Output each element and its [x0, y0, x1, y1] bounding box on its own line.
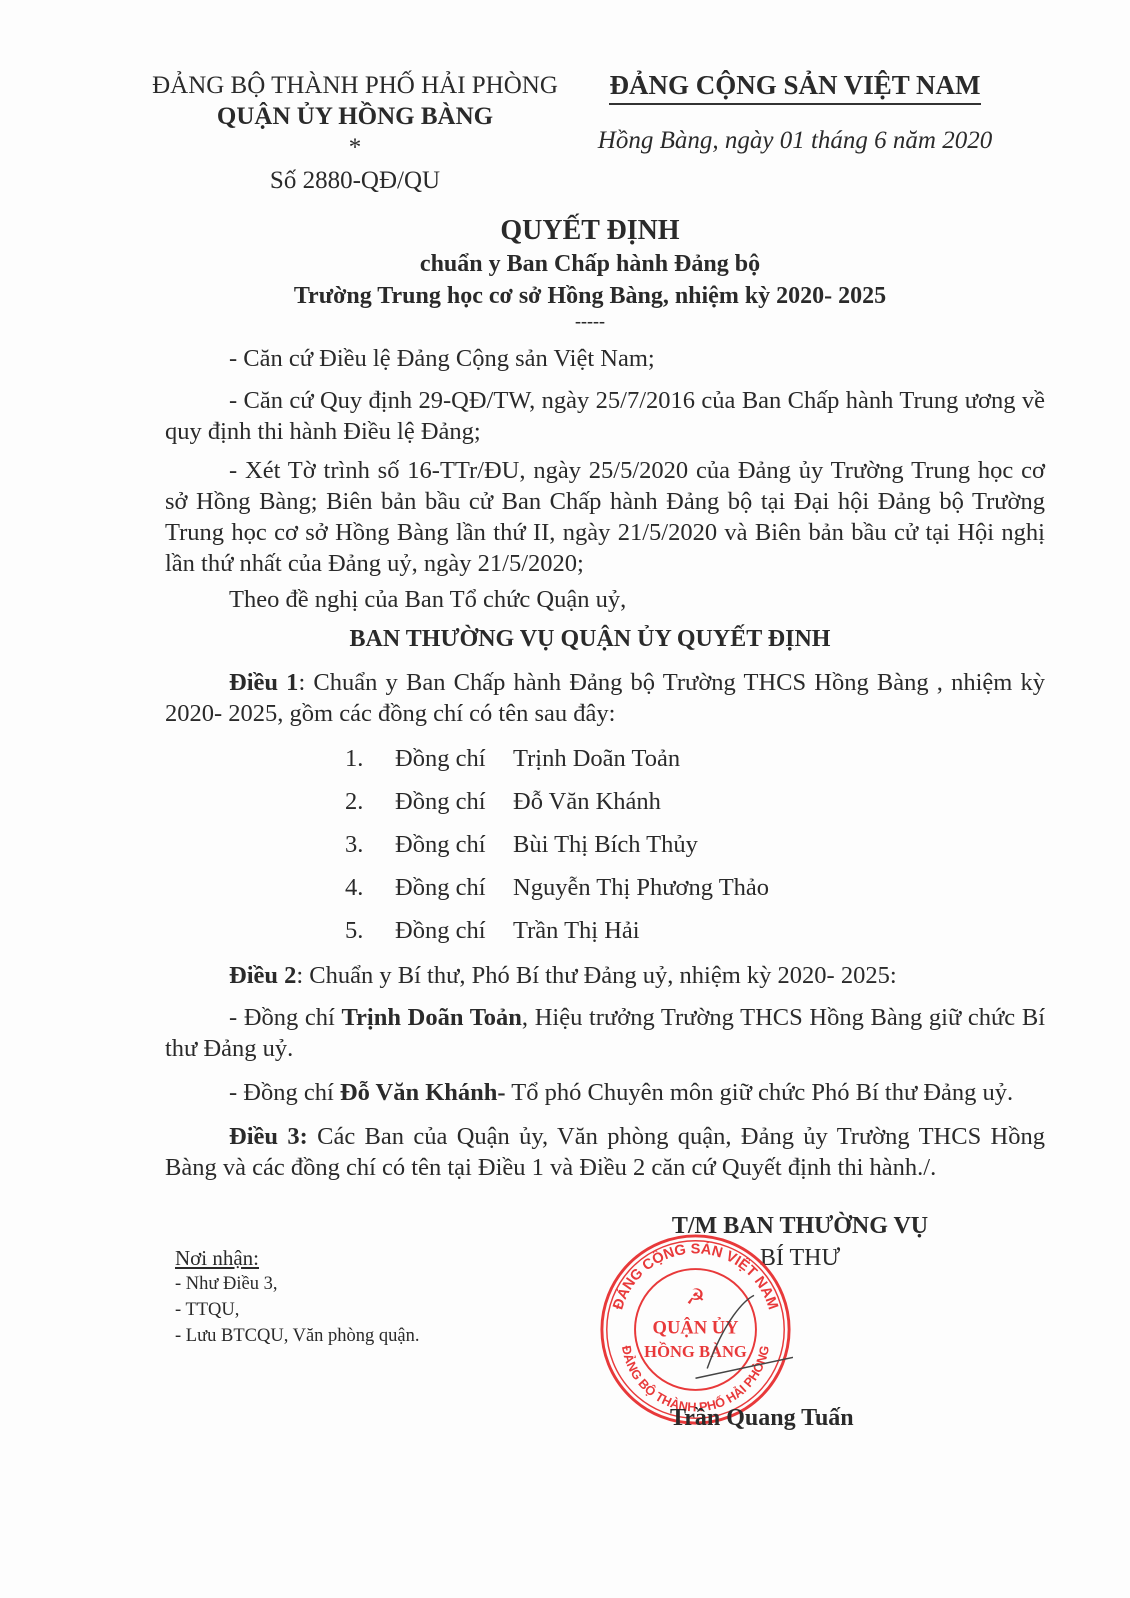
member-name: Bùi Thị Bích Thủy — [513, 831, 698, 858]
recipients-title: Nơi nhận: — [175, 1245, 420, 1271]
article-2-item-2: - Đồng chí Đỗ Văn Khánh- Tổ phó Chuyên m… — [165, 1077, 1045, 1108]
article-1-label: Điều 1 — [229, 669, 298, 696]
member-row: 3.Đồng chíBùi Thị Bích Thủy — [345, 831, 698, 859]
preamble-4: Theo đề nghị của Ban Tổ chức Quận uỷ, — [165, 584, 1045, 615]
article-3-label: Điều 3: — [229, 1123, 308, 1150]
member-row: 5.Đồng chíTrần Thị Hải — [345, 917, 640, 945]
issuing-organization: ĐẢNG BỘ THÀNH PHỐ HẢI PHÒNG QUẬN ỦY HỒNG… — [130, 70, 580, 196]
member-row: 4.Đồng chíNguyễn Thị Phương Thảo — [345, 874, 769, 902]
member-row: 1.Đồng chíTrịnh Doãn Toản — [345, 745, 680, 773]
doc-number: Số 2880-QĐ/QU — [130, 165, 580, 196]
preamble-1: - Căn cứ Điều lệ Đảng Cộng sản Việt Nam; — [165, 343, 1045, 374]
title-main: QUYẾT ĐỊNH — [150, 214, 1030, 248]
article-2: Điều 2: Chuẩn y Bí thư, Phó Bí thư Đảng … — [165, 960, 1045, 991]
title-line-2: Trường Trung học cơ sở Hồng Bàng, nhiệm … — [150, 280, 1030, 312]
svg-text:☭: ☭ — [686, 1285, 705, 1309]
star: * — [130, 132, 580, 163]
separator: ----- — [150, 312, 1030, 330]
member-row: 2.Đồng chíĐỗ Văn Khánh — [345, 788, 661, 816]
party-name: ĐẢNG CỘNG SẢN VIỆT NAM — [609, 70, 980, 105]
article-3: Điều 3: Các Ban của Quận ủy, Văn phòng q… — [165, 1121, 1045, 1183]
member-name: Nguyễn Thị Phương Thảo — [513, 874, 769, 901]
document-title: QUYẾT ĐỊNH chuẩn y Ban Chấp hành Đảng bộ… — [150, 214, 1030, 330]
official-stamp-icon: ĐẢNG CỘNG SẢN VIỆT NAM ĐẢNG BỘ THÀNH PHỐ… — [598, 1232, 793, 1427]
member-name: Trịnh Doãn Toản — [513, 745, 680, 772]
place-date: Hồng Bàng, ngày 01 tháng 6 năm 2020 — [585, 127, 1005, 155]
title-line-1: chuẩn y Ban Chấp hành Đảng bộ — [150, 248, 1030, 280]
preamble-2: - Căn cứ Quy định 29-QĐ/TW, ngày 25/7/20… — [165, 385, 1045, 447]
decision-heading: BAN THƯỜNG VỤ QUẬN ỦY QUYẾT ĐỊNH — [150, 626, 1030, 653]
article-2-item-1: - Đồng chí Trịnh Doãn Toản, Hiệu trưởng … — [165, 1002, 1045, 1064]
national-header: ĐẢNG CỘNG SẢN VIỆT NAM Hồng Bàng, ngày 0… — [585, 70, 1005, 155]
preamble-3: - Xét Tờ trình số 16-TTr/ĐU, ngày 25/5/2… — [165, 455, 1045, 579]
member-name: Trần Thị Hải — [513, 917, 640, 944]
article-1: Điều 1: Chuẩn y Ban Chấp hành Đảng bộ Tr… — [165, 667, 1045, 729]
svg-text:HỒNG BÀNG: HỒNG BÀNG — [644, 1341, 747, 1361]
member-name: Đỗ Văn Khánh — [513, 788, 661, 815]
org-line-2: QUẬN ỦY HỒNG BÀNG — [130, 101, 580, 132]
signer-name: Trần Quang Tuấn — [670, 1405, 854, 1432]
article-2-label: Điều 2 — [229, 962, 296, 989]
org-line-1: ĐẢNG BỘ THÀNH PHỐ HẢI PHÒNG — [130, 70, 580, 101]
recipients: Nơi nhận: - Như Điều 3, - TTQU, - Lưu BT… — [175, 1245, 420, 1349]
